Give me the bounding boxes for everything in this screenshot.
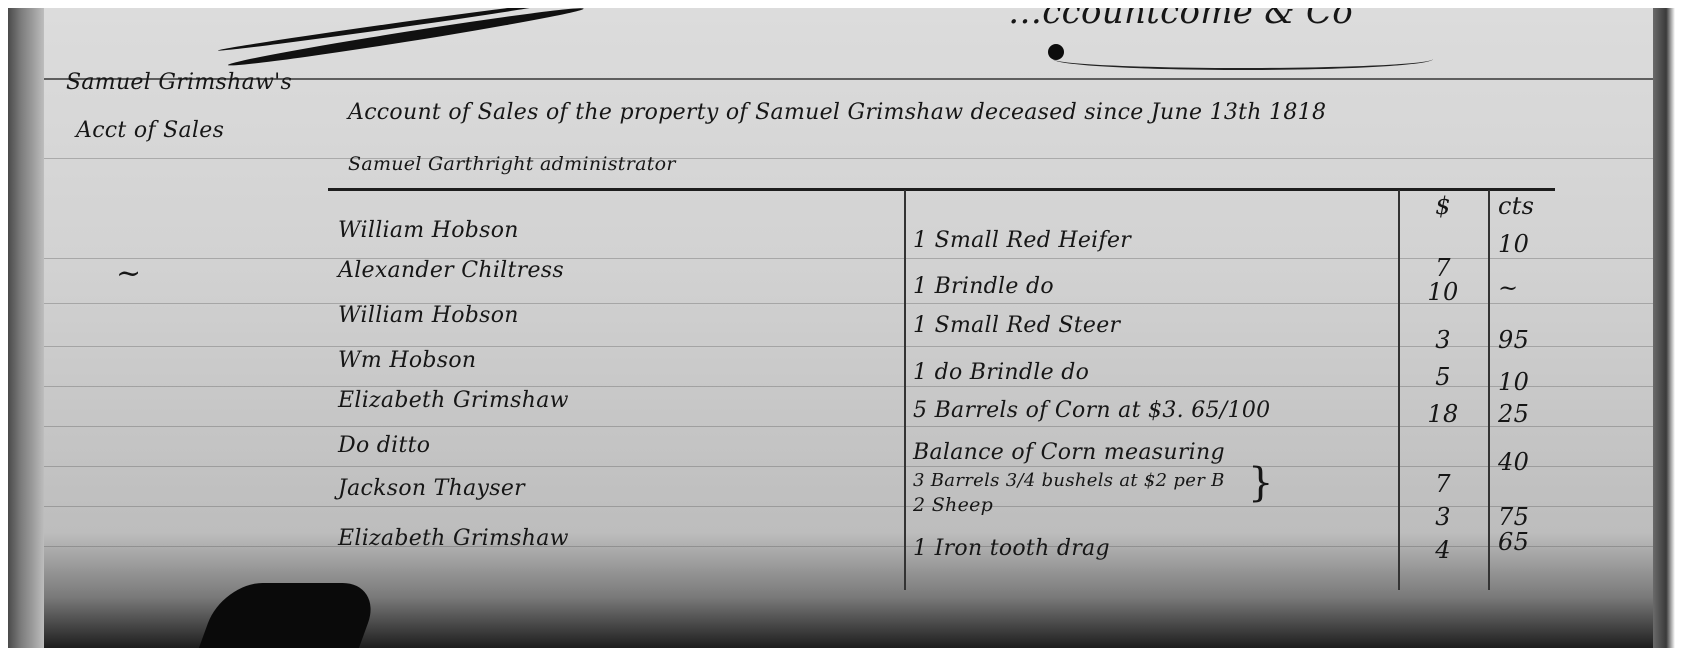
ledger-scan: …ccountcome & Co Samuel Grimshaw's Acct … — [8, 8, 1675, 648]
item-description: 3 Barrels 3/4 bushels at $2 per B — [913, 470, 1225, 491]
buyer-name: Do ditto — [338, 433, 430, 458]
margin-note-line-2: Acct of Sales — [76, 118, 224, 143]
buyer-name: Jackson Thayser — [338, 476, 525, 501]
dollars-header: $ — [1408, 192, 1478, 220]
amount-dollars: 18 — [1408, 400, 1478, 428]
amount-dollars: 7 — [1408, 470, 1478, 498]
signature-underline — [1053, 48, 1433, 70]
dollars-column-divider — [1398, 190, 1400, 590]
table-header-rule — [328, 188, 1555, 191]
amount-cents: 40 — [1498, 448, 1568, 476]
right-page-edge — [1653, 8, 1675, 648]
cents-column-divider — [1488, 190, 1490, 590]
amount-dollars: 10 — [1408, 278, 1478, 306]
bracket-mark: } — [1248, 460, 1274, 506]
item-description: 1 Brindle do — [913, 274, 1054, 299]
amount-dollars: 3 — [1408, 503, 1478, 531]
item-description: 1 Small Red Steer — [913, 313, 1120, 338]
buyer-name: Alexander Chiltress — [338, 258, 564, 283]
margin-ink-squiggle: ~ — [116, 256, 141, 291]
ledger-title: Account of Sales of the property of Samu… — [348, 100, 1326, 125]
amount-cents: 25 — [1498, 400, 1568, 428]
amount-dollars: 4 — [1408, 536, 1478, 564]
page-tab-shadow — [193, 583, 382, 648]
buyer-name: Elizabeth Grimshaw — [338, 526, 569, 551]
buyer-name: William Hobson — [338, 218, 519, 243]
left-binding-shadow — [8, 8, 44, 648]
item-description: 1 do Brindle do — [913, 360, 1089, 385]
top-signature-fragment: …ccountcome & Co — [1008, 8, 1353, 32]
pen-flourish — [218, 8, 555, 53]
item-description: 1 Small Red Heifer — [913, 228, 1131, 253]
amount-cents: 65 — [1498, 528, 1568, 556]
cents-header: cts — [1498, 192, 1568, 220]
item-description: Balance of Corn measuring — [913, 440, 1225, 465]
amount-cents: 75 — [1498, 503, 1568, 531]
amount-cents: 10 — [1498, 230, 1568, 258]
buyer-name: Wm Hobson — [338, 348, 476, 373]
buyer-name: William Hobson — [338, 303, 519, 328]
item-description: 1 Iron tooth drag — [913, 536, 1110, 561]
amount-dollars: 3 — [1408, 326, 1478, 354]
buyer-name: Elizabeth Grimshaw — [338, 388, 569, 413]
item-description: 5 Barrels of Corn at $3. 65/100 — [913, 398, 1270, 423]
ledger-subtitle: Samuel Garthright administrator — [348, 153, 676, 175]
ruled-line — [44, 466, 1653, 467]
margin-note-line-1: Samuel Grimshaw's — [66, 70, 292, 95]
amount-cents: 10 — [1498, 368, 1568, 396]
amount-cents: ~ — [1498, 274, 1568, 302]
item-column-divider — [904, 190, 906, 590]
ruled-line — [44, 158, 1653, 159]
amount-cents: 95 — [1498, 326, 1568, 354]
item-description: 2 Sheep — [913, 494, 993, 516]
amount-dollars: 5 — [1408, 363, 1478, 391]
